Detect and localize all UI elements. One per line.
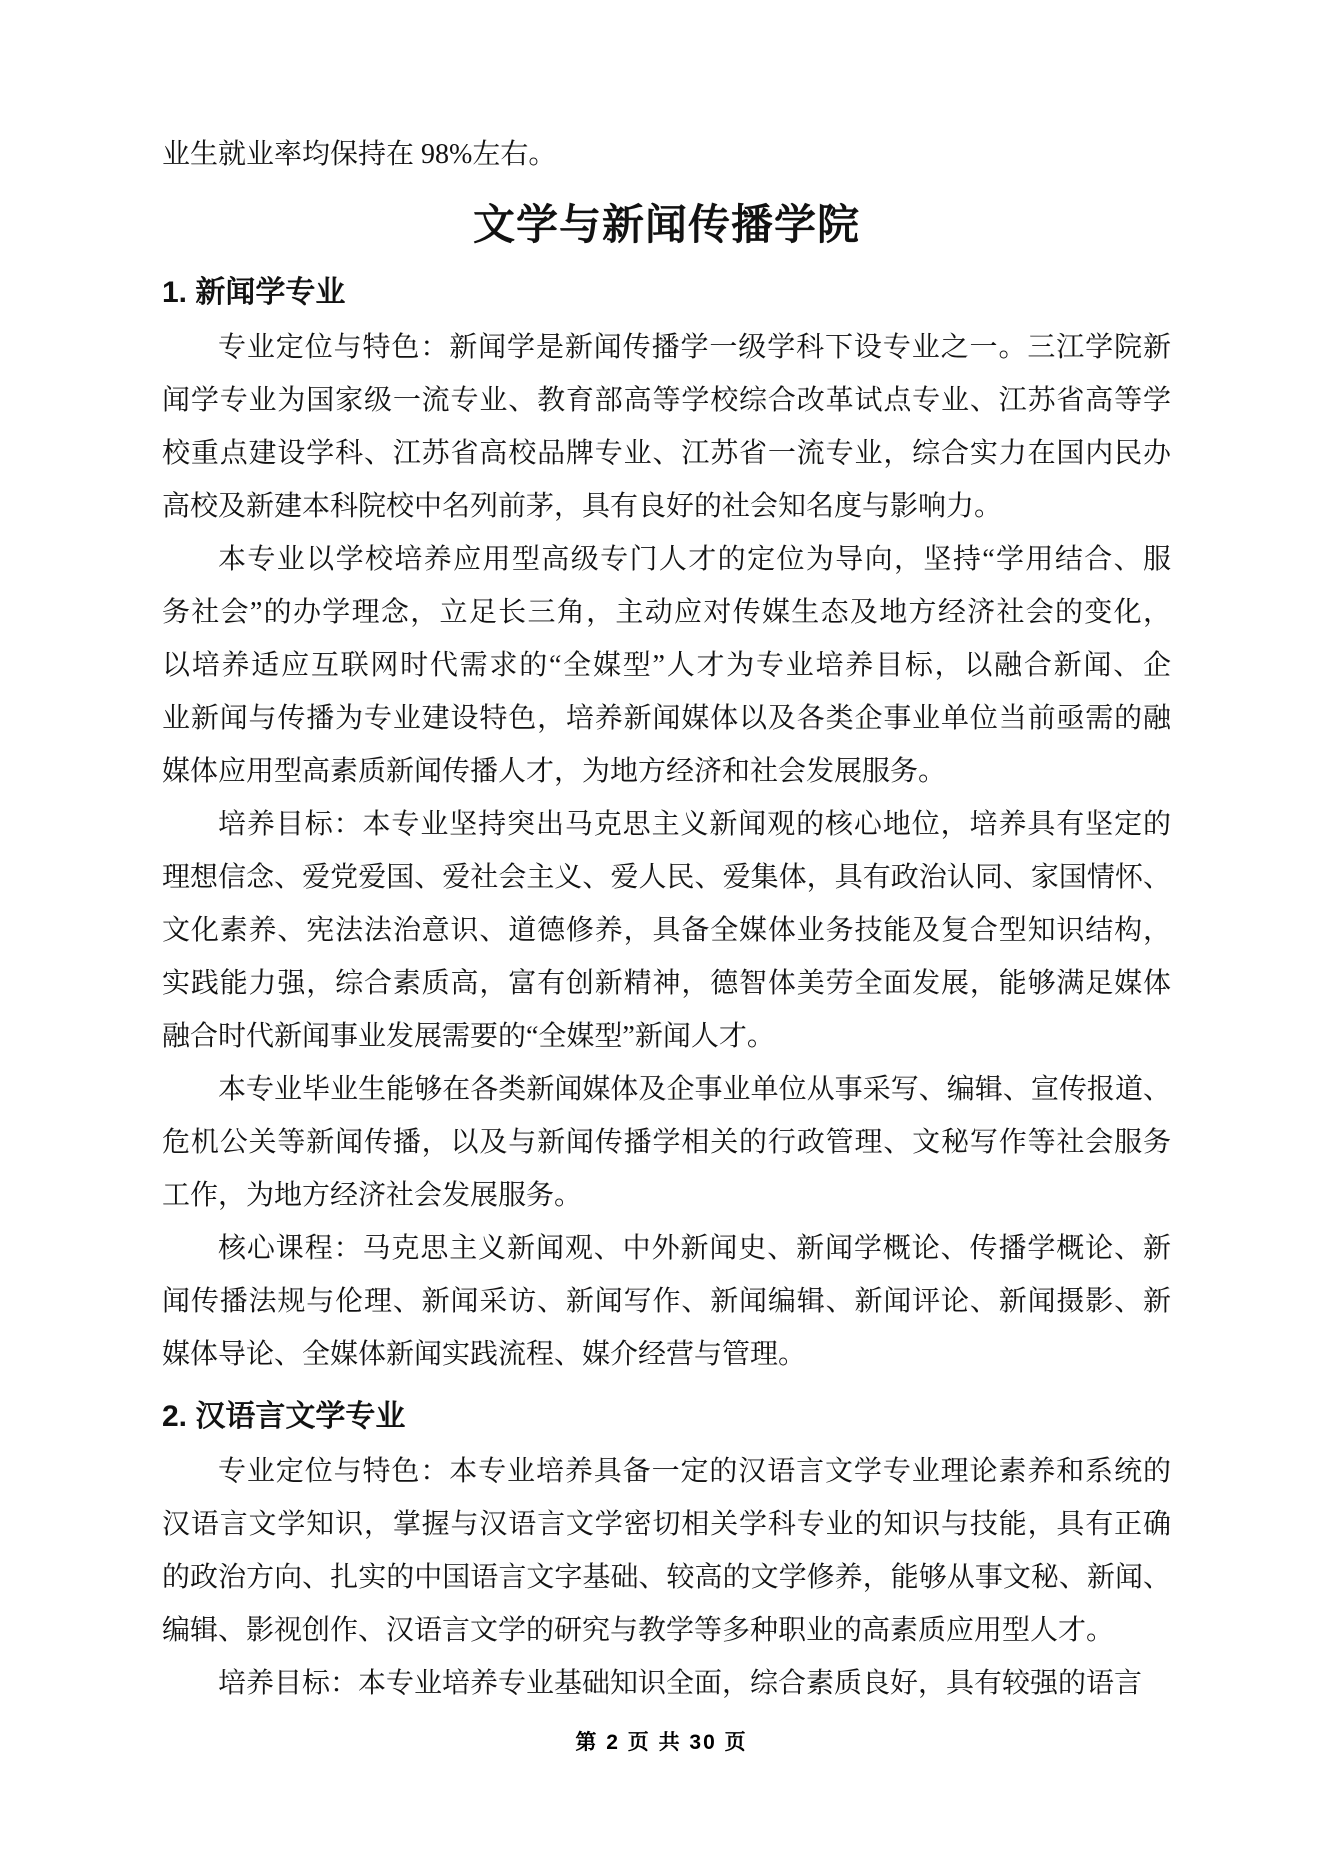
text-line: 汉语言文学知识，掌握与汉语言文学密切相关学科专业的知识与技能，具有正确	[162, 1498, 1171, 1551]
text-line: 媒体导论、全媒体新闻实践流程、媒介经营与管理。	[162, 1328, 1171, 1381]
text-line: 编辑、影视创作、汉语言文学的研究与教学等多种职业的高素质应用型人才。	[162, 1604, 1171, 1657]
text-line: 高校及新建本科院校中名列前茅，具有良好的社会知名度与影响力。	[162, 480, 1171, 533]
text-line: 闻学专业为国家级一流专业、教育部高等学校综合改革试点专业、江苏省高等学	[162, 374, 1171, 427]
text-line: 专业定位与特色：本专业培养具备一定的汉语言文学专业理论素养和系统的	[162, 1445, 1171, 1498]
page-footer: 第 2 页 共 30 页	[0, 1726, 1323, 1756]
text-line: 融合时代新闻事业发展需要的“全媒型”新闻人才。	[162, 1010, 1171, 1063]
text-line: 理想信念、爱党爱国、爱社会主义、爱人民、爱集体，具有政治认同、家国情怀、	[162, 851, 1171, 904]
paragraph-s1-positioning: 专业定位与特色：新闻学是新闻传播学一级学科下设专业之一。三江学院新闻学专业为国家…	[162, 321, 1171, 533]
text-line: 业新闻与传播为专业建设特色，培养新闻媒体以及各类企事业单位当前亟需的融	[162, 692, 1171, 745]
text-line: 校重点建设学科、江苏省高校品牌专业、江苏省一流专业，综合实力在国内民办	[162, 427, 1171, 480]
text-line: 本专业毕业生能够在各类新闻媒体及企事业单位从事采写、编辑、宣传报道、	[162, 1063, 1171, 1116]
text-line: 文化素养、宪法法治意识、道德修养，具备全媒体业务技能及复合型知识结构，	[162, 904, 1171, 957]
text-line: 培养目标：本专业培养专业基础知识全面，综合素质良好，具有较强的语言	[162, 1657, 1171, 1710]
text-line: 本专业以学校培养应用型高级专门人才的定位为导向，坚持“学用结合、服	[162, 533, 1171, 586]
paragraph-s2-positioning: 专业定位与特色：本专业培养具备一定的汉语言文学专业理论素养和系统的汉语言文学知识…	[162, 1445, 1171, 1657]
text-line: 核心课程：马克思主义新闻观、中外新闻史、新闻学概论、传播学概论、新	[162, 1222, 1171, 1275]
section-1-heading: 1. 新闻学专业	[162, 271, 1171, 315]
paragraph-s1-career-prospects: 本专业毕业生能够在各类新闻媒体及企事业单位从事采写、编辑、宣传报道、危机公关等新…	[162, 1063, 1171, 1222]
paragraph-s1-training-objective: 培养目标：本专业坚持突出马克思主义新闻观的核心地位，培养具有坚定的理想信念、爱党…	[162, 798, 1171, 1063]
text-line: 工作，为地方经济社会发展服务。	[162, 1169, 1171, 1222]
text-line: 专业定位与特色：新闻学是新闻传播学一级学科下设专业之一。三江学院新	[162, 321, 1171, 374]
text-line: 培养目标：本专业坚持突出马克思主义新闻观的核心地位，培养具有坚定的	[162, 798, 1171, 851]
section-2-heading: 2. 汉语言文学专业	[162, 1395, 1171, 1439]
text-line: 务社会”的办学理念，立足长三角，主动应对传媒生态及地方经济社会的变化，	[162, 586, 1171, 639]
text-line: 以培养适应互联网时代需求的“全媒型”人才为专业培养目标，以融合新闻、企	[162, 639, 1171, 692]
paragraph-s1-orientation: 本专业以学校培养应用型高级专门人才的定位为导向，坚持“学用结合、服务社会”的办学…	[162, 533, 1171, 798]
continuation-paragraph: 业生就业率均保持在 98%左右。	[162, 128, 1171, 181]
page-title: 文学与新闻传播学院	[162, 195, 1171, 257]
text-line: 媒体应用型高素质新闻传播人才，为地方经济和社会发展服务。	[162, 745, 1171, 798]
document-page: 业生就业率均保持在 98%左右。 文学与新闻传播学院 1. 新闻学专业 专业定位…	[0, 0, 1323, 1871]
paragraph-s2-training-objective: 培养目标：本专业培养专业基础知识全面，综合素质良好，具有较强的语言	[162, 1657, 1171, 1710]
text-line: 闻传播法规与伦理、新闻采访、新闻写作、新闻编辑、新闻评论、新闻摄影、新	[162, 1275, 1171, 1328]
paragraph-s1-core-courses: 核心课程：马克思主义新闻观、中外新闻史、新闻学概论、传播学概论、新闻传播法规与伦…	[162, 1222, 1171, 1381]
text-line: 的政治方向、扎实的中国语言文字基础、较高的文学修养，能够从事文秘、新闻、	[162, 1551, 1171, 1604]
text-line: 实践能力强，综合素质高，富有创新精神，德智体美劳全面发展，能够满足媒体	[162, 957, 1171, 1010]
page-content: 业生就业率均保持在 98%左右。 文学与新闻传播学院 1. 新闻学专业 专业定位…	[162, 128, 1171, 1710]
text-line: 危机公关等新闻传播，以及与新闻传播学相关的行政管理、文秘写作等社会服务	[162, 1116, 1171, 1169]
